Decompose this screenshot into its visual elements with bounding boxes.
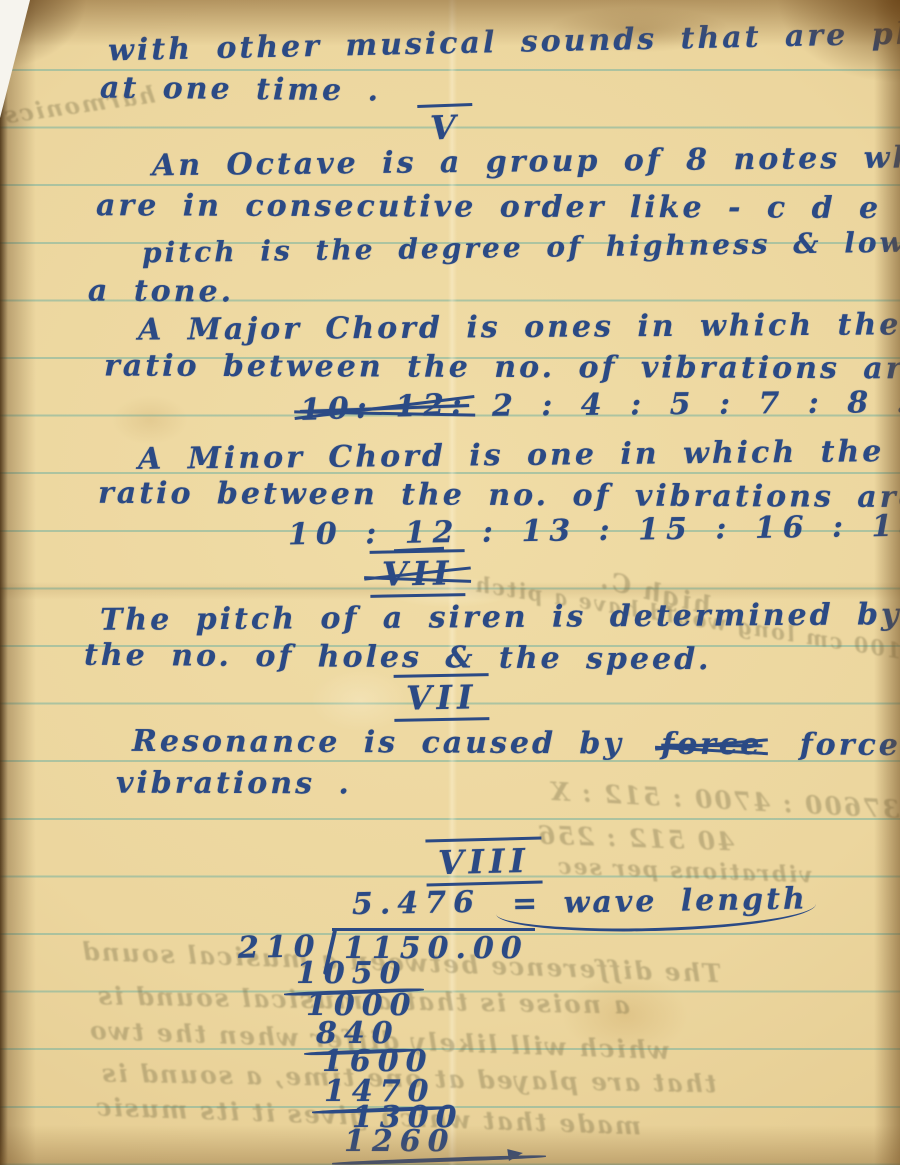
handwritten-line: Resonance is caused by force forced: [132, 724, 900, 763]
section-heading-viii: VIII: [425, 836, 542, 886]
handwritten-line: The pitch of a siren is determined by: [100, 597, 900, 638]
arrow-mark: [507, 1147, 524, 1161]
handwritten-line: are in consecutive order like - c d e f …: [96, 188, 900, 227]
handwritten-line: A Major Chord is ones in which the: [138, 307, 900, 347]
resonance-text: Resonance is caused by: [132, 724, 624, 762]
section-heading-v: V: [417, 103, 473, 149]
handwritten-line: vibrations .: [116, 766, 352, 802]
division-quotient: 5.476: [352, 885, 482, 922]
handwritten-line: the no. of holes & the speed.: [84, 638, 712, 677]
wave-length-label: = wave length: [512, 881, 808, 921]
handwritten-line: ratio between the no. of vibrations are:: [98, 476, 900, 515]
division-step: 1260: [344, 1124, 456, 1159]
struck-out-word: force: [661, 727, 762, 763]
struck-section-heading: VII: [370, 549, 466, 598]
handwritten-line: a tone.: [88, 273, 234, 309]
scanned-notebook-page: harmonics high C. a string 100 cm long w…: [0, 0, 900, 1165]
section-heading-vii: VII: [394, 673, 490, 722]
handwritten-line: ratio between the no. of vibrations are:: [104, 349, 900, 387]
division-step: 1050: [296, 956, 408, 991]
struck-out-ratio: 10: 12:: [299, 387, 469, 428]
major-chord-ratio: 2 : 4 : 5 : 7 : 8 : 10 : 12: [492, 383, 900, 423]
forced-word: forced: [800, 727, 900, 763]
handwritten-line: at one time .: [100, 71, 381, 109]
